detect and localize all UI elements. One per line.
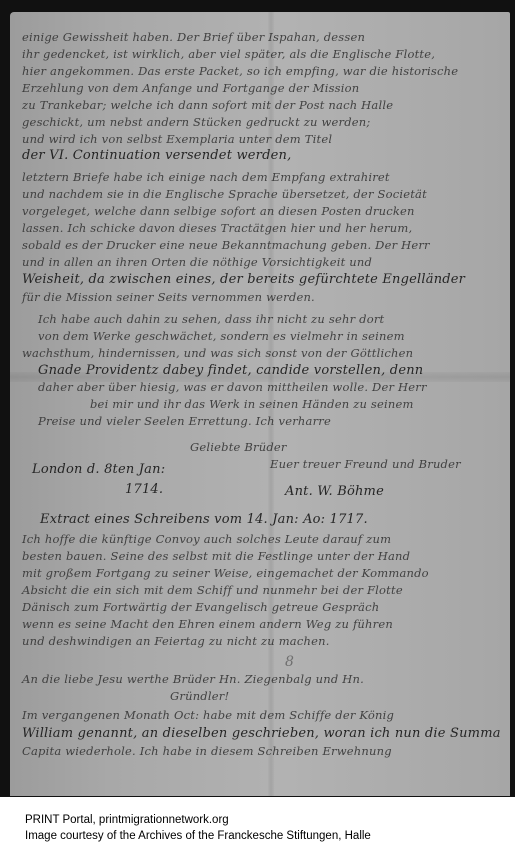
manuscript-line: besten bauen. Seine des selbst mit die F… <box>22 549 410 563</box>
credit-archive: Image courtesy of the Archives of the Fr… <box>25 828 505 844</box>
manuscript-line: William genannt, an dieselben geschriebe… <box>22 726 501 741</box>
manuscript-line: Ich habe auch dahin zu sehen, dass ihr n… <box>38 312 384 326</box>
manuscript-line: zu Trankebar; welche ich dann sofort mit… <box>22 98 393 112</box>
manuscript-line: bei mir und ihr das Werk in seinen Hände… <box>90 397 414 411</box>
manuscript-line: hier angekommen. Das erste Packet, so ic… <box>22 64 458 78</box>
address-line: Gründler! <box>170 689 229 703</box>
scan-frame: einige Gewissheit haben. Der Brief über … <box>0 0 515 797</box>
manuscript-line: wachsthum, hindernissen, und was sich so… <box>22 346 413 360</box>
manuscript-line: der VI. Continuation versendet werden, <box>22 148 291 163</box>
manuscript-line: Ich hoffe die künftige Convoy auch solch… <box>22 532 391 546</box>
manuscript-line: sobald es der Drucker eine neue Bekanntm… <box>22 238 430 252</box>
signature: Ant. W. Böhme <box>285 484 384 499</box>
place-date: London d. 8ten Jan: <box>32 462 165 477</box>
manuscript-line: Weisheit, da zwischen eines, der bereits… <box>22 272 465 287</box>
manuscript-line: einige Gewissheit haben. Der Brief über … <box>22 30 365 44</box>
closing-salutation: Geliebte Brüder <box>190 440 287 454</box>
manuscript-line: Gnade Providentz dabey findet, candide v… <box>38 363 423 378</box>
credit-portal: PRINT Portal, printmigrationnetwork.org <box>25 812 505 828</box>
manuscript-line: und nachdem sie in die Englische Sprache… <box>22 187 427 201</box>
manuscript-line: Absicht die ein sich mit dem Schiff und … <box>22 583 403 597</box>
manuscript-page: einige Gewissheit haben. Der Brief über … <box>10 12 510 796</box>
manuscript-line: vorgeleget, welche dann selbige sofort a… <box>22 204 415 218</box>
closing-line: Euer treuer Freund und Bruder <box>270 457 461 471</box>
manuscript-line: lassen. Ich schicke davon dieses Tractät… <box>22 221 412 235</box>
manuscript-line: Im vergangenen Monath Oct: habe mit dem … <box>22 708 394 722</box>
page-number: 8 <box>285 654 294 670</box>
image-credit: PRINT Portal, printmigrationnetwork.org … <box>25 812 505 844</box>
manuscript-line: von dem Werke geschwächet, sondern es vi… <box>38 329 405 343</box>
manuscript-line: letztern Briefe habe ich einige nach dem… <box>22 170 390 184</box>
address-line: An die liebe Jesu werthe Brüder Hn. Zieg… <box>22 672 364 686</box>
manuscript-line: ihr gedencket, ist wirklich, aber viel s… <box>22 47 435 61</box>
manuscript-line: mit großem Fortgang zu seiner Weise, ein… <box>22 566 429 580</box>
manuscript-line: daher aber über hiesig, was er davon mit… <box>38 380 427 394</box>
manuscript-line: Capita wiederhole. Ich habe in diesem Sc… <box>22 744 392 758</box>
manuscript-line: für die Mission seiner Seits vernommen w… <box>22 290 315 304</box>
manuscript-line: geschickt, um nebst andern Stücken gedru… <box>22 115 370 129</box>
extract-heading: Extract eines Schreibens vom 14. Jan: Ao… <box>40 512 368 527</box>
manuscript-line: Erzehlung von dem Anfange und Fortgange … <box>22 81 359 95</box>
manuscript-line: und deshwindigen an Feiertag zu nicht zu… <box>22 634 330 648</box>
manuscript-line: und in allen an ihren Orten die nöthige … <box>22 255 372 269</box>
year: 1714. <box>125 482 163 497</box>
manuscript-line: wenn es seine Macht den Ehren einem ande… <box>22 617 393 631</box>
manuscript-line: Preise und vieler Seelen Errettung. Ich … <box>38 414 331 428</box>
manuscript-line: Dänisch zum Fortwärtig der Evangelisch g… <box>22 600 379 614</box>
manuscript-line: und wird ich von selbst Exemplaria unter… <box>22 132 332 146</box>
